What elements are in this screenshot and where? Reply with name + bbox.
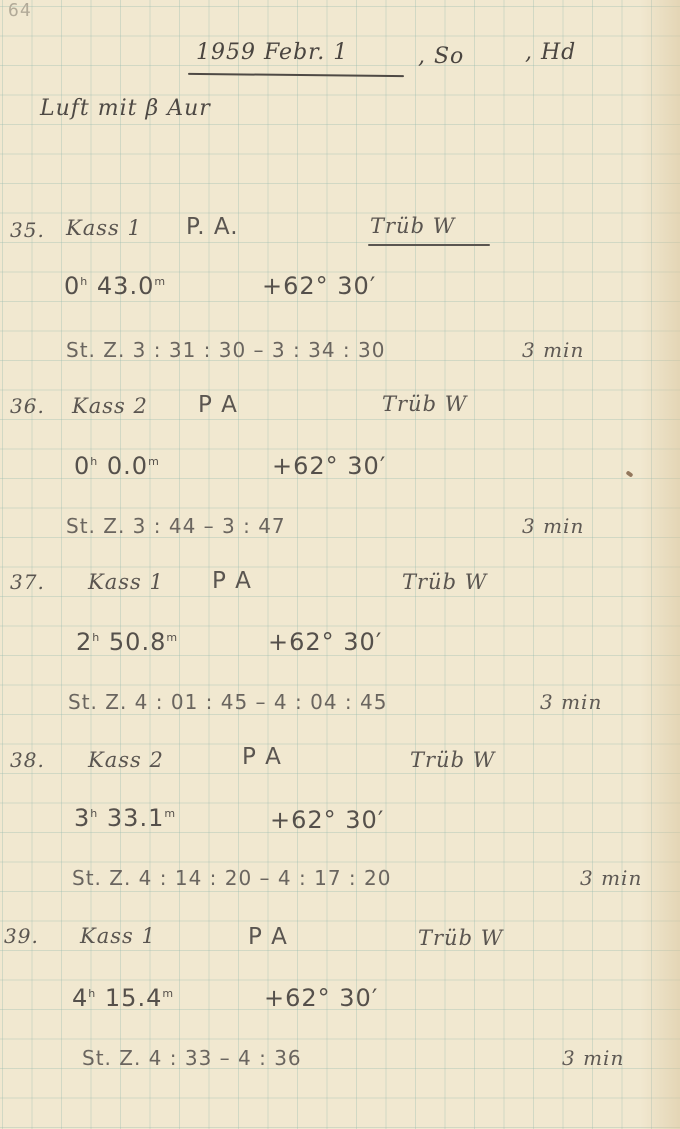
target-label: P. A. bbox=[186, 214, 239, 240]
conditions-label: Trüb W bbox=[418, 926, 503, 950]
declination: +62° 30′ bbox=[262, 272, 376, 300]
declination: +62° 30′ bbox=[268, 628, 382, 656]
entry-number: 35. bbox=[10, 218, 45, 242]
target-label: P A bbox=[198, 392, 238, 418]
exposure-duration: 3 min bbox=[580, 866, 642, 890]
session-note: Luft mit β Aur bbox=[40, 96, 211, 121]
sidereal-time: St. Z. 3 : 44 – 3 : 47 bbox=[66, 514, 286, 538]
declination: +62° 30′ bbox=[270, 806, 384, 834]
sidereal-time: St. Z. 3 : 31 : 30 – 3 : 34 : 30 bbox=[66, 338, 385, 362]
ink-speck bbox=[625, 470, 633, 477]
date-heading: 1959 Febr. 1 bbox=[196, 40, 348, 65]
right-ascension: 3h 33.1m bbox=[74, 804, 176, 832]
exposure-duration: 3 min bbox=[522, 338, 584, 362]
exposure-duration: 3 min bbox=[540, 690, 602, 714]
exposure-duration: 3 min bbox=[562, 1046, 624, 1070]
date-underline bbox=[188, 73, 404, 77]
sidereal-time: St. Z. 4 : 33 – 4 : 36 bbox=[82, 1046, 302, 1070]
weekday-label: , So bbox=[418, 44, 464, 69]
notebook-page: 64 1959 Febr. 1 , So , Hd Luft mit β Aur… bbox=[0, 0, 680, 1129]
entry-number: 36. bbox=[10, 394, 45, 418]
entry-number: 37. bbox=[10, 570, 45, 594]
sidereal-time: St. Z. 4 : 01 : 45 – 4 : 04 : 45 bbox=[68, 690, 387, 714]
cassette-label: Kass 1 bbox=[80, 924, 156, 948]
conditions-label: Trüb W bbox=[410, 748, 495, 772]
entry-number: 38. bbox=[10, 748, 45, 772]
sidereal-time: St. Z. 4 : 14 : 20 – 4 : 17 : 20 bbox=[72, 866, 391, 890]
conditions-underline bbox=[368, 244, 490, 246]
exposure-duration: 3 min bbox=[522, 514, 584, 538]
conditions-label: Trüb W bbox=[370, 214, 455, 238]
page-number: 64 bbox=[8, 0, 32, 21]
target-label: P A bbox=[248, 924, 288, 950]
target-label: P A bbox=[212, 568, 252, 594]
right-ascension: 0h 43.0m bbox=[64, 272, 166, 300]
cassette-label: Kass 2 bbox=[88, 748, 164, 772]
declination: +62° 30′ bbox=[272, 452, 386, 480]
conditions-label: Trüb W bbox=[382, 392, 467, 416]
right-ascension: 0h 0.0m bbox=[74, 452, 160, 480]
right-ascension: 4h 15.4m bbox=[72, 984, 174, 1012]
entry-number: 39. bbox=[4, 924, 39, 948]
target-label: P A bbox=[242, 744, 282, 770]
cassette-label: Kass 1 bbox=[66, 216, 142, 240]
cassette-label: Kass 1 bbox=[88, 570, 164, 594]
declination: +62° 30′ bbox=[264, 984, 378, 1012]
cassette-label: Kass 2 bbox=[72, 394, 148, 418]
right-ascension: 2h 50.8m bbox=[76, 628, 178, 656]
observer-label: , Hd bbox=[525, 40, 576, 65]
conditions-label: Trüb W bbox=[402, 570, 487, 594]
